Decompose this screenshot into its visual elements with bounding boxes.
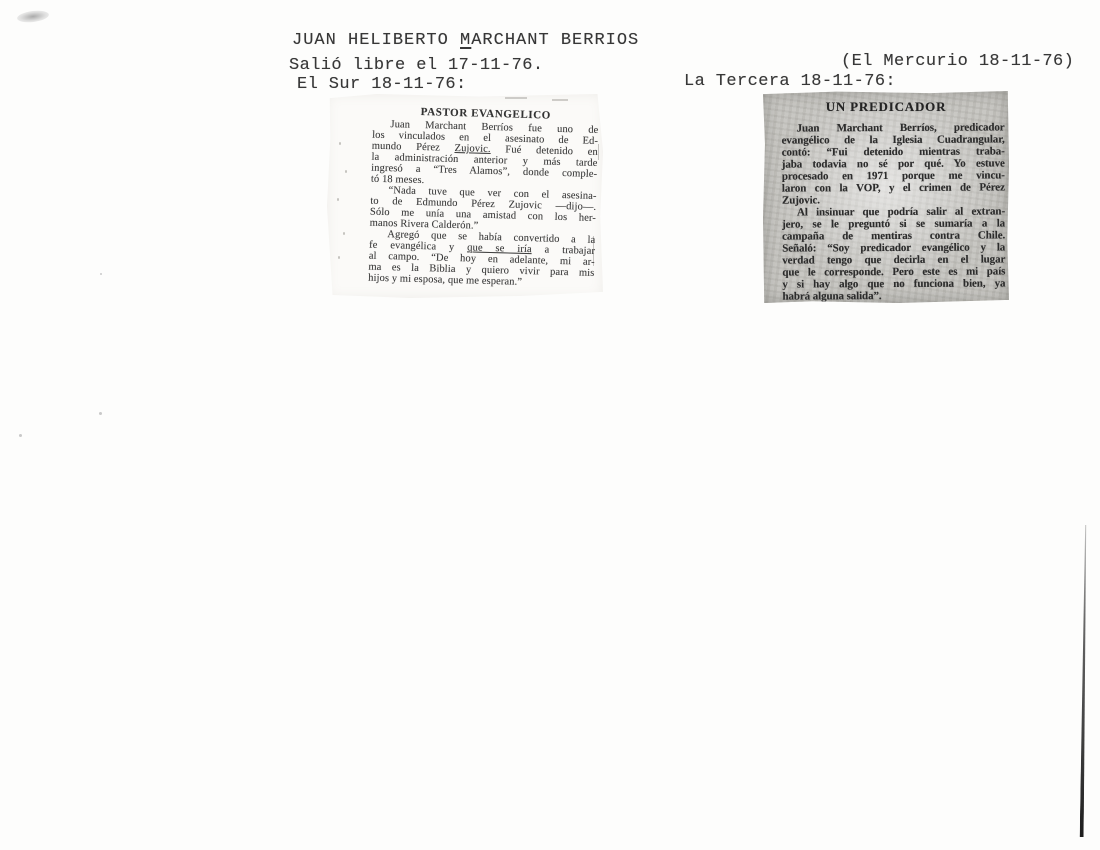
typed-name-post: ARCHANT BERRIOS — [471, 31, 639, 50]
scan-smudge — [16, 9, 49, 24]
typed-name-pre: JUAN HELIBERTO — [292, 31, 460, 50]
scan-speck — [19, 434, 22, 437]
clipping-line: laron con la VOP, y el crimen de Pérez — [782, 181, 1005, 194]
typed-name-underlined-letter: M — [460, 31, 471, 50]
clipping-edge-speck — [339, 142, 341, 145]
typed-source-la-tercera: La Tercera 18-11-76: — [684, 72, 896, 91]
clipping-edge-speck — [343, 232, 345, 235]
typed-name-heading: JUAN HELIBERTO MARCHANT BERRIOS — [292, 31, 639, 50]
typed-release-date: Salió libre el 17-11-76. — [289, 56, 543, 75]
scan-smudge — [505, 97, 527, 99]
clipping-edge-speck — [337, 198, 339, 201]
newspaper-clipping-la-tercera: UN PREDICADOR Juan Marchant Berríos, pre… — [763, 91, 1009, 303]
clipping-line: habrá alguna salida”. — [782, 289, 1005, 302]
clipping-edge-speck — [338, 256, 340, 259]
scan-speck — [100, 273, 102, 275]
scan-artifact-line — [1080, 525, 1088, 837]
scan-smudge — [552, 99, 568, 101]
clipping-text-block: PASTOR EVANGELICO Juan Marchant Berríos … — [368, 105, 599, 290]
scanned-document-page: JUAN HELIBERTO MARCHANT BERRIOS Salió li… — [0, 0, 1100, 850]
clipping-line: y si hay algo que no funciona bien, ya — [782, 277, 1005, 290]
clipping-edge-line — [598, 144, 599, 160]
clipping-title: UN PREDICADOR — [763, 99, 1009, 115]
scan-speck — [99, 412, 102, 415]
clipping-text-block: Juan Marchant Berríos, predicador evangé… — [782, 121, 1006, 302]
newspaper-clipping-el-sur: PASTOR EVANGELICO Juan Marchant Berríos … — [327, 94, 603, 298]
clipping-edge-speck — [345, 170, 347, 173]
typed-source-el-mercurio: (El Mercurio 18-11-76) — [841, 52, 1074, 71]
typed-source-el-sur: El Sur 18-11-76: — [297, 75, 467, 94]
